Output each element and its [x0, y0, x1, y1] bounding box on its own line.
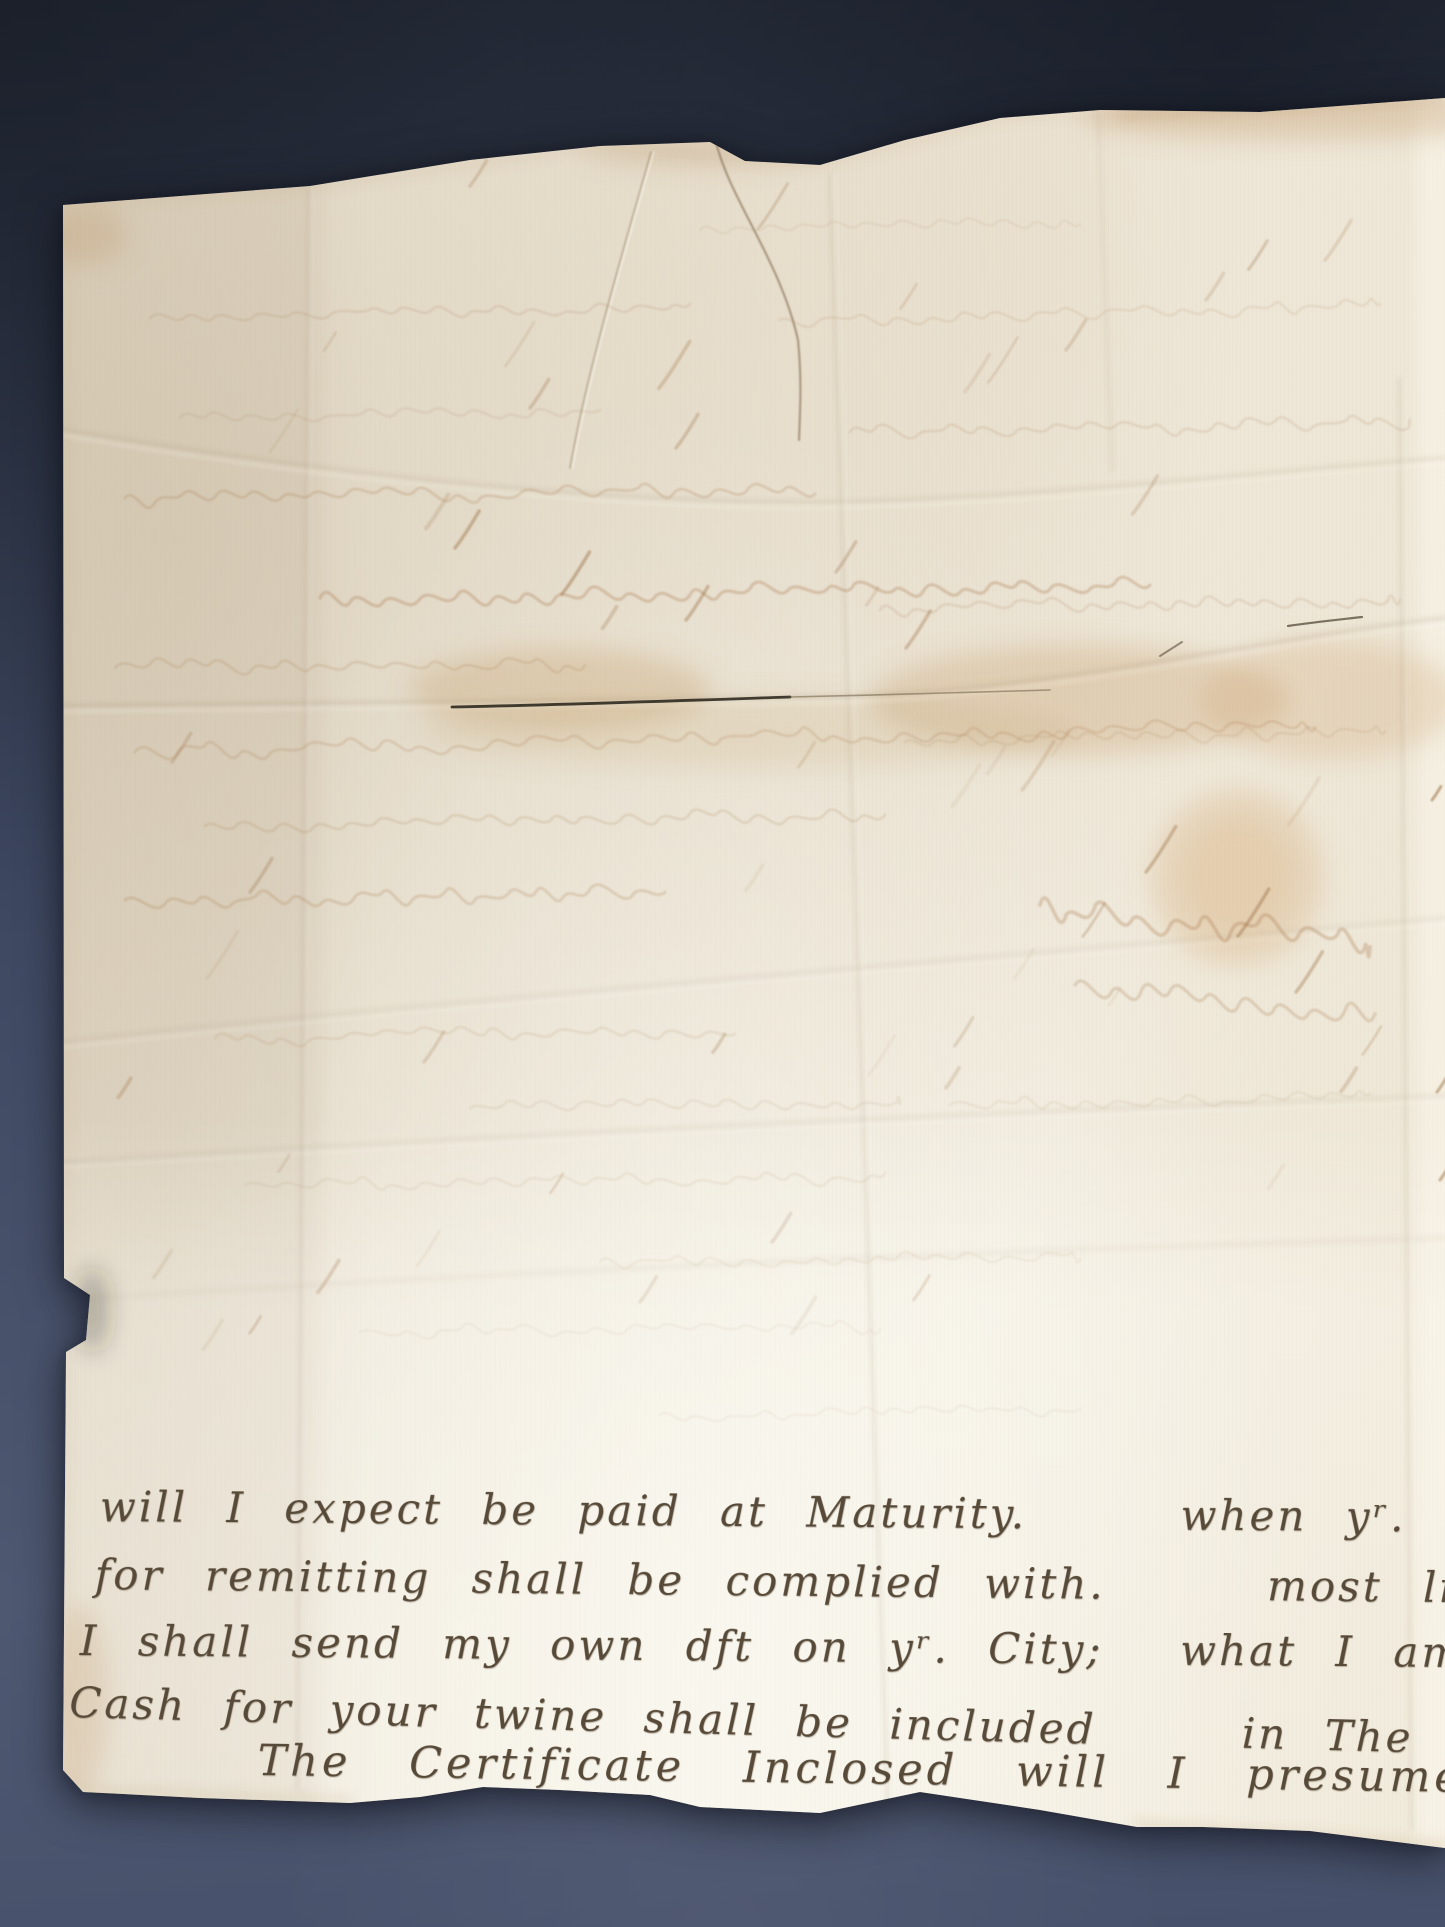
paper-shading	[0, 0, 1445, 1927]
letter-line: Cash for your twine shall be included in…	[69, 1678, 1445, 1769]
letter-line: will I expect be paid at Maturity. when …	[100, 1482, 1445, 1543]
folded-letter-paper: will I expect be paid at Maturity. when …	[0, 0, 1445, 1927]
laid-paper-texture	[0, 0, 820, 1927]
fold-creases	[63, 112, 1445, 1828]
ink-showthrough-marks	[118, 161, 1445, 1349]
bleedthrough-writing	[115, 218, 1410, 1421]
paper-shading	[0, 0, 1445, 1927]
paper-shading	[0, 0, 1445, 1927]
letter-line: I shall send my own dft on yʳ. City; wha…	[80, 1616, 1445, 1678]
laid-paper-texture	[820, 0, 1445, 1927]
paper-shading	[0, 0, 1445, 1927]
photograph-backdrop: will I expect be paid at Maturity. when …	[0, 0, 1445, 1927]
letter-body-text: will I expect be paid at Maturity. when …	[0, 0, 1445, 1927]
paper-edge-browning	[63, 98, 1445, 1846]
letter-line: The Certificate Inclosed will I presume	[257, 1736, 1445, 1803]
right-fold-panel-highlight	[1406, 90, 1445, 1850]
letter-paper-shadow: will I expect be paid at Maturity. when …	[0, 0, 1445, 1927]
ink-and-damp-stains	[43, 92, 1445, 1795]
paper-shading	[0, 0, 1445, 1927]
paper-creases-stains-and-bleedthrough	[0, 0, 1445, 1927]
paper-crack	[452, 617, 1362, 707]
letter-line: for remitting shall be complied with. mo…	[95, 1550, 1445, 1613]
